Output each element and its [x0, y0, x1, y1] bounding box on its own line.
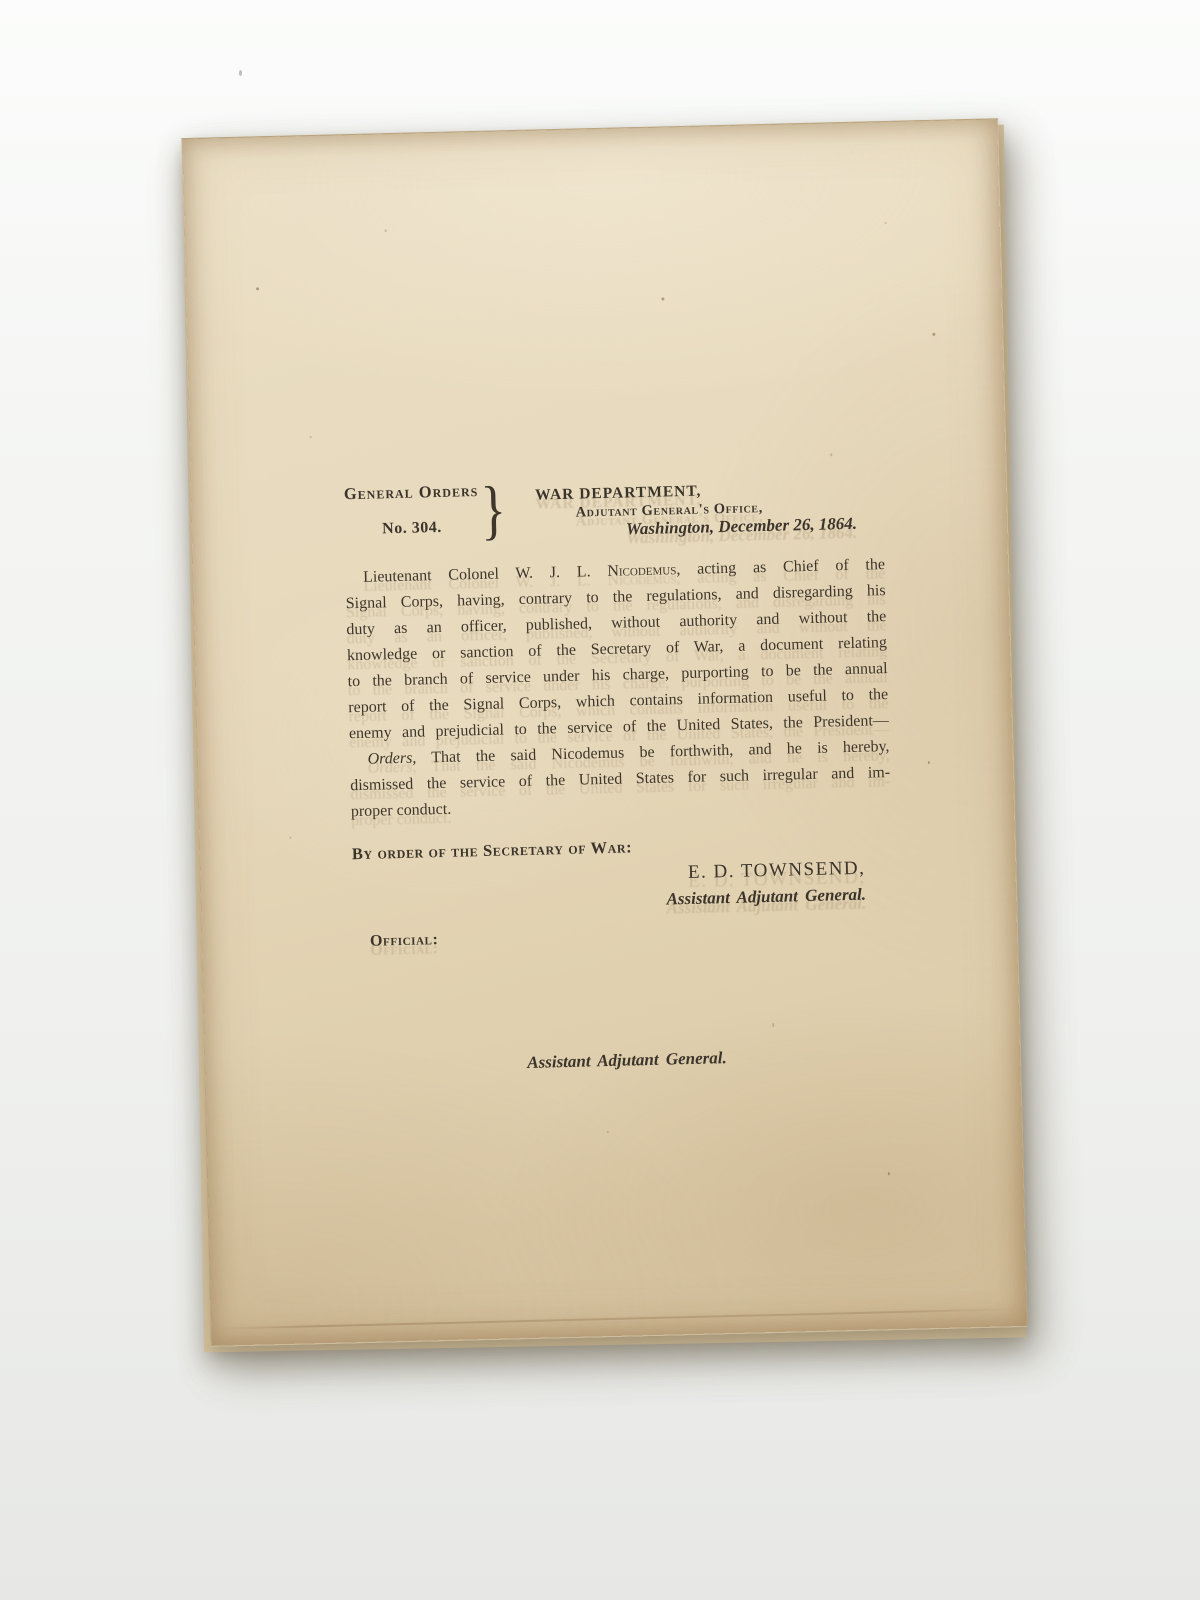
foxing-speck [256, 287, 259, 290]
background-speck [239, 70, 242, 76]
foxing-speck [888, 1172, 890, 1175]
issuing-office-block: WAR DEPARTMENT, Adjutant General's Offic… [535, 478, 896, 540]
order-body: Lieutenant Colonel W. J. L. Nicodemus, a… [345, 552, 891, 825]
countersign-title: Assistant Adjutant General. [357, 1042, 897, 1079]
foxing-speck [310, 436, 312, 438]
foxing-speck [932, 333, 935, 336]
orders-lead-italic: Orders, [367, 750, 416, 768]
surname-smallcaps: Nicodemus [607, 561, 676, 580]
fold-crease [217, 1308, 1020, 1330]
official-label: Official: [370, 928, 439, 954]
foxing-speck [607, 1131, 609, 1133]
photo-background: General Orders No. 304. } WAR DEPARTMENT… [0, 0, 1200, 1600]
signature-block: E. D. TOWNSEND, Assistant Adjutant Gener… [352, 856, 866, 921]
body-line-text: , acting as Chief of the [676, 556, 885, 578]
brace-glyph: } [480, 475, 507, 546]
order-number: No. 304. [338, 518, 486, 540]
body-line-text: Lieutenant Colonel W. J. L. [363, 563, 608, 586]
foxing-speck [289, 837, 291, 839]
foxing-speck [830, 453, 832, 456]
foxing-speck [772, 1023, 774, 1027]
order-series-label: General Orders [337, 482, 485, 504]
foxing-speck [385, 229, 387, 232]
order-heading: General Orders No. 304. [337, 482, 486, 540]
foxing-speck [885, 222, 887, 224]
foxing-speck [928, 761, 930, 764]
body-line-text: proper conduct. [351, 801, 452, 820]
document-paper: General Orders No. 304. } WAR DEPARTMENT… [181, 118, 1027, 1347]
foxing-speck [661, 297, 664, 300]
